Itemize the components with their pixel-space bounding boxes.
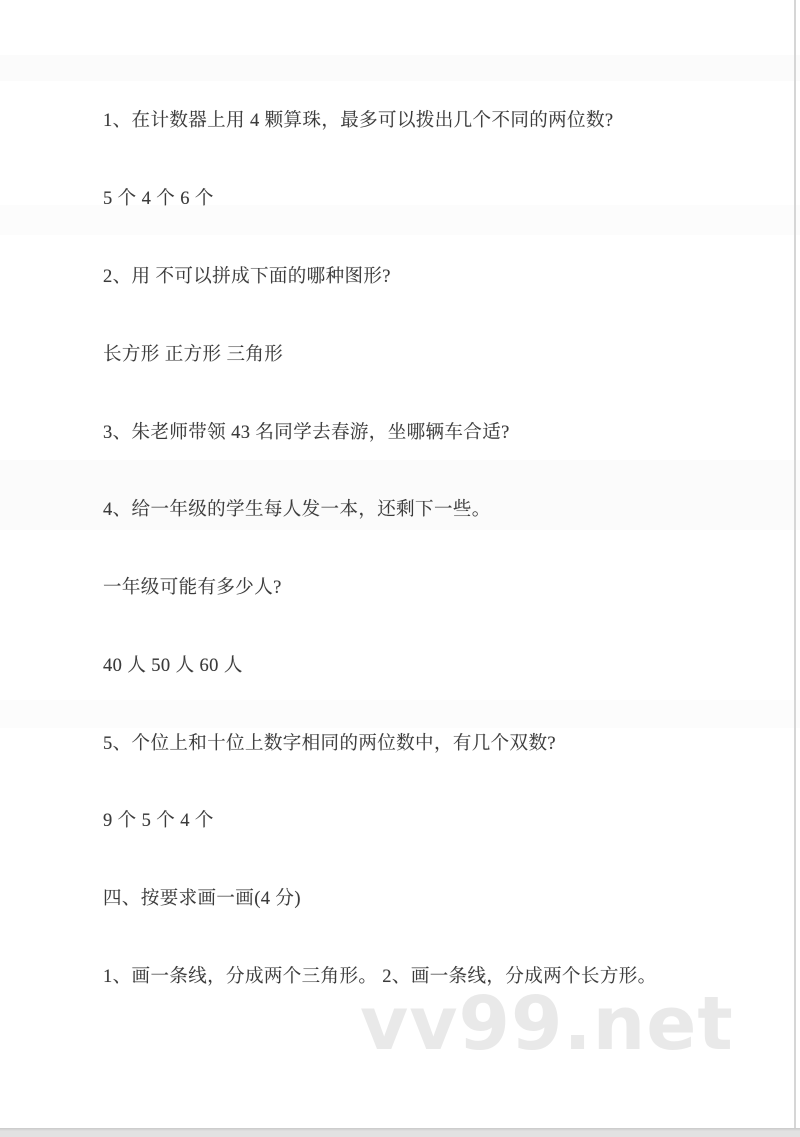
worksheet-page: 1、在计数器上用 4 颗算珠，最多可以拨出几个不同的两位数? 5 个 4 个 6… [0,0,800,1137]
question-4-options: 40 人 50 人 60 人 [103,657,243,676]
question-1-options: 5 个 4 个 6 个 [103,190,214,209]
bottom-edge-strip [0,1128,800,1137]
question-4-subtext: 一年级可能有多少人? [103,579,282,598]
question-4: 4、给一年级的学生每人发一本，还剩下一些。 [103,501,491,520]
page-right-border [794,0,796,1130]
site-watermark: vv99.net [360,987,734,1061]
section-4-heading: 四、按要求画一画(4 分) [103,890,301,909]
question-3: 3、朱老师带领 43 名同学去春游，坐哪辆车合适? [103,424,510,443]
question-1: 1、在计数器上用 4 颗算珠，最多可以拨出几个不同的两位数? [103,112,613,131]
question-5: 5、个位上和十位上数字相同的两位数中，有几个双数? [103,735,556,754]
question-2-options: 长方形 正方形 三角形 [103,346,283,365]
question-5-options: 9 个 5 个 4 个 [103,812,214,831]
question-2: 2、用 不可以拼成下面的哪种图形? [103,268,391,287]
